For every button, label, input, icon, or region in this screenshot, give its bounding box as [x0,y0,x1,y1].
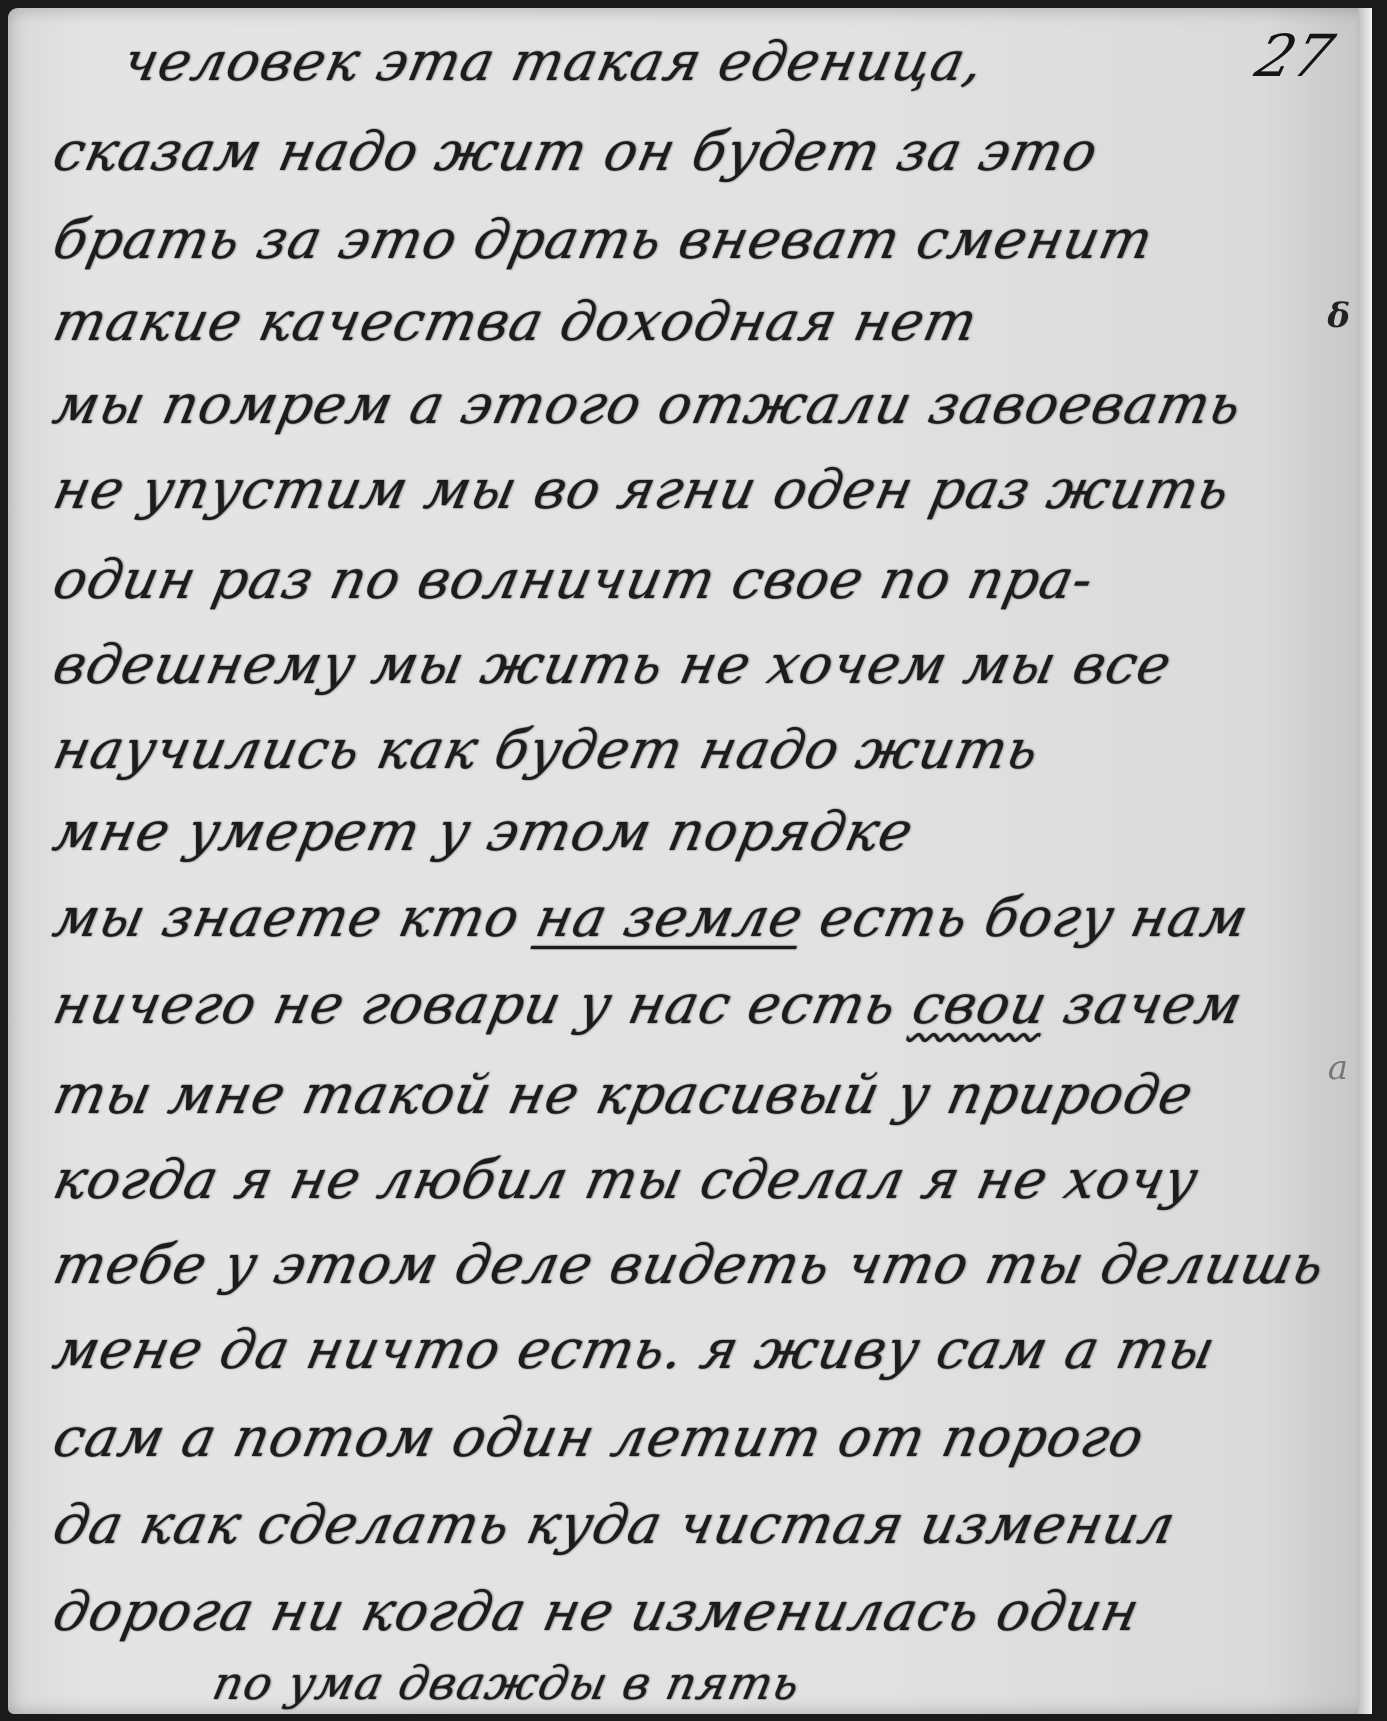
page-edge [1358,8,1372,1714]
margin-mark-a: a [1328,1048,1348,1088]
text-line-11: мы знаете кто на земле есть богу нам [48,886,1254,949]
text-line-14: когда я не любил ты сделал я не хочу [48,1148,1204,1211]
text-line-13: ты мне такой не красивый у природе [48,1063,1199,1126]
text-line-12: ничего не говари у нас есть свои зачем [48,973,1249,1036]
underlined-phrase: свои [907,973,1053,1036]
margin-mark-delta: δ [1327,296,1350,336]
text-line-18: да как сделать куда чистая изменил [48,1493,1181,1556]
text-line-3: брать за это драть вневат сменит [48,208,1159,271]
text-line-1: человек эта такая еденица, [118,30,990,93]
text-line-10: мне умерет у этом порядке [48,800,919,863]
text-line-6: не упустим мы во ягни оден раз жить [48,458,1236,521]
text-line-16: мене да ничто есть. я живу сам а ты [48,1318,1221,1381]
text-line-7: один раз по волничит свое по пра- [48,548,1099,611]
text-line-15: тебе у этом деле видеть что ты делишь [48,1233,1331,1296]
text-line-17: сам а потом один летит от порого [48,1406,1150,1469]
notebook-page: 27 δ a человек эта такая еденица, сказам… [8,8,1372,1714]
text-line-2: сказам надо жит он будет за это [48,120,1104,183]
text-line-5: мы помрем а этого отжали завоевать [48,373,1248,436]
text-line-4: такие качества доходная нет [48,290,984,353]
text-line-9: научились как будет надо жить [48,718,1045,781]
text-line-11-content: мы знаете кто на земле есть богу нам [48,886,1254,949]
underlined-phrase: на земле [531,886,810,949]
text-line-8: вдешнему мы жить не хочем мы все [48,633,1177,696]
page-number: 27 [1249,22,1341,90]
text-line-19: дорога ни когда не изменилась один [48,1580,1145,1643]
text-line-20: по ума дважды в пять [208,1656,805,1710]
